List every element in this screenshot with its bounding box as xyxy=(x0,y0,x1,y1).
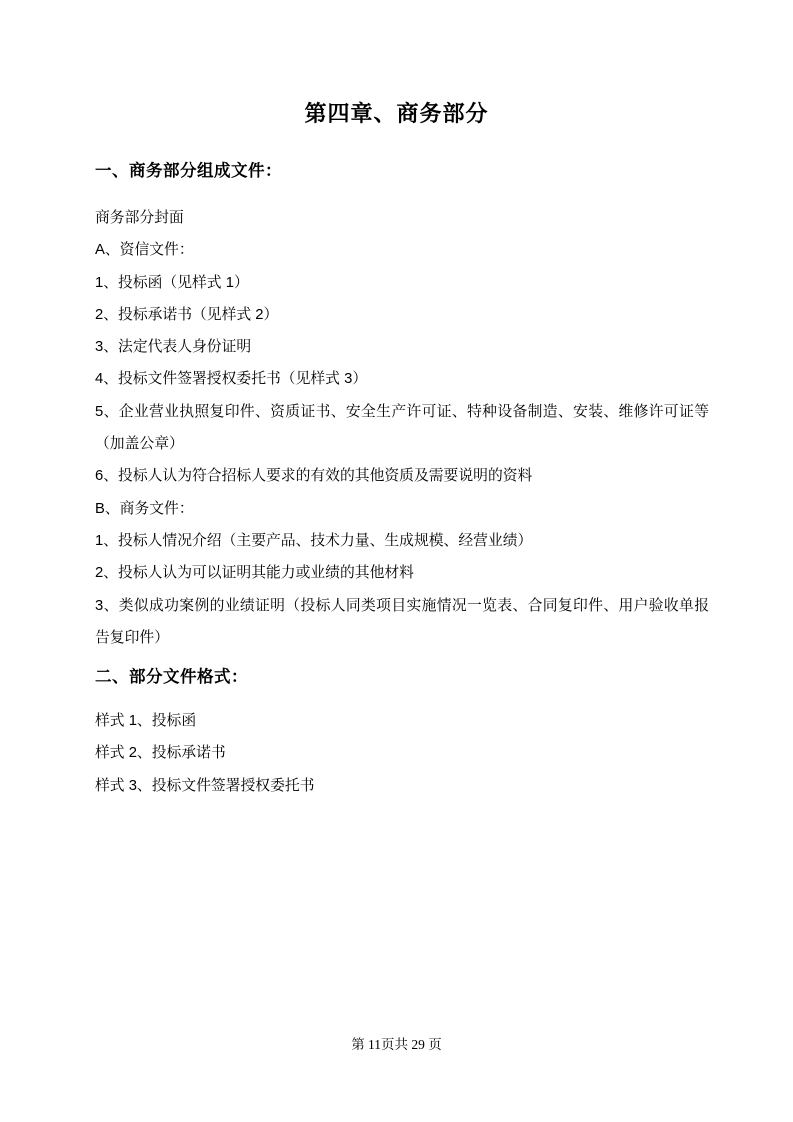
page-number: 第 11页共 29 页 xyxy=(0,1036,793,1053)
section-1-items: 商务部分封面 A、资信文件： 1、投标函（见样式 1） 2、投标承诺书（见样式 … xyxy=(95,202,709,654)
list-item: 6、投标人认为符合招标人要求的有效的其他资质及需要说明的资料 xyxy=(95,460,709,492)
page-title: 第四章、商务部分 xyxy=(0,0,793,128)
list-item: 2、投标承诺书（见样式 2） xyxy=(95,299,709,331)
list-item: 4、投标文件签署授权委托书（见样式 3） xyxy=(95,363,709,395)
list-item: A、资信文件： xyxy=(95,234,709,266)
section-composition-files: 一、商务部分组成文件： 商务部分封面 A、资信文件： 1、投标函（见样式 1） … xyxy=(0,160,793,654)
list-item: 1、投标函（见样式 1） xyxy=(95,267,709,299)
section-2-heading: 二、部分文件格式： xyxy=(95,666,709,688)
list-item: 5、企业营业执照复印件、资质证书、安全生产许可证、特种设备制造、安装、维修许可证… xyxy=(95,396,709,461)
list-item: 3、法定代表人身份证明 xyxy=(95,331,709,363)
section-file-formats: 二、部分文件格式： 样式 1、投标函 样式 2、投标承诺书 样式 3、投标文件签… xyxy=(0,666,793,802)
document-page: 第四章、商务部分 一、商务部分组成文件： 商务部分封面 A、资信文件： 1、投标… xyxy=(0,0,793,1122)
section-1-heading: 一、商务部分组成文件： xyxy=(95,160,709,182)
list-item: 样式 3、投标文件签署授权委托书 xyxy=(95,770,709,802)
list-item: 3、类似成功案例的业绩证明（投标人同类项目实施情况一览表、合同复印件、用户验收单… xyxy=(95,590,709,655)
list-item: 样式 1、投标函 xyxy=(95,705,709,737)
list-item: B、商务文件： xyxy=(95,493,709,525)
section-2-items: 样式 1、投标函 样式 2、投标承诺书 样式 3、投标文件签署授权委托书 xyxy=(95,705,709,802)
list-item: 商务部分封面 xyxy=(95,202,709,234)
list-item: 2、投标人认为可以证明其能力或业绩的其他材料 xyxy=(95,557,709,589)
list-item: 1、投标人情况介绍（主要产品、技术力量、生成规模、经营业绩） xyxy=(95,525,709,557)
list-item: 样式 2、投标承诺书 xyxy=(95,737,709,769)
